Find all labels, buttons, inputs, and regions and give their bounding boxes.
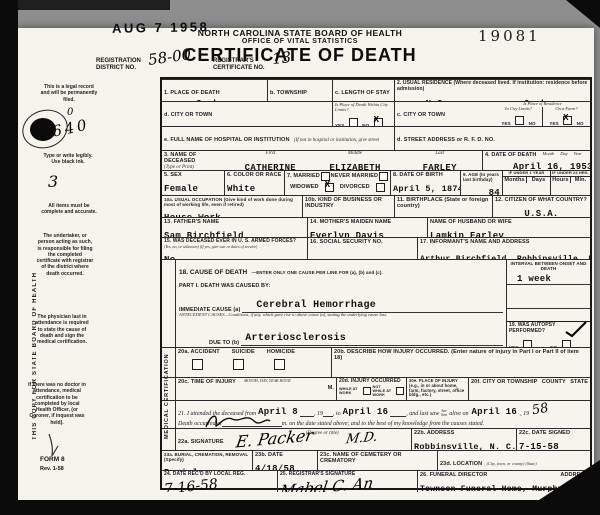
interval-label: INTERVAL BETWEEN ONSET AND DEATH — [507, 260, 590, 272]
last-name-col: Last FARLEY — [397, 151, 482, 170]
divorced-checkbox — [376, 183, 385, 192]
burial-location-label: 23d. LOCATION — [440, 461, 482, 467]
widowed-checkbox: X — [325, 183, 334, 192]
sex-value: Female — [164, 184, 198, 194]
date-of-birth-label: 8. DATE OF BIRTH — [393, 172, 458, 178]
death-city-limits-cell: Is Place of Death Within City Limits? YE… — [332, 102, 394, 126]
street-address-cell: d. STREET ADDRESS or R. F. D. NO. Route … — [394, 127, 590, 150]
on-a-farm: On a Farm? YES X NO — [543, 107, 590, 126]
immediate-cause-value: Cerebral Hemorrhage — [242, 300, 376, 311]
cemetery-cell: 23c. NAME OF CEMETERY OR CREMATORY Wiggi… — [317, 451, 437, 470]
race-cell: 6. COLOR OR RACE White — [224, 171, 284, 195]
film-edge-top-left — [0, 0, 170, 10]
days-label: Days — [527, 177, 550, 183]
age-value: 84 — [489, 188, 500, 195]
business-value: Home — [337, 216, 360, 217]
film-edge-left — [0, 0, 18, 515]
widowed-label: WIDOWED — [290, 184, 319, 190]
accident-suicide-homicide-cell: 20a. ACCIDENT SUICIDE HOMICIDE — [176, 348, 331, 377]
sex-cell: 5. SEX Female — [162, 171, 224, 195]
autopsy-box: 19. WAS AUTOPSY PERFORMED? YES NO — [507, 321, 590, 347]
place-of-death-label: 1. PLACE OF DEATH — [164, 90, 220, 96]
accident-checkbox — [192, 359, 203, 370]
scanned-death-certificate: AUG 7 1958 NORTH CAROLINA STATE BOARD OF… — [0, 0, 600, 515]
birthplace-value: Tenn. — [397, 216, 426, 217]
no-doctor-note: If there was no doctor in attendance, me… — [28, 382, 86, 426]
registrar-certificate-value: 13 — [271, 48, 292, 68]
residence-county: b. COUNTY Graham — [487, 93, 590, 102]
suicide-label: SUICIDE — [232, 349, 255, 355]
institution-cell: e. FULL NAME OF HOSPITAL OR INSTITUTION … — [162, 127, 394, 150]
autopsy-no-label: NO — [550, 345, 557, 348]
degree-or-title-label: (Degree or title) — [306, 431, 339, 437]
birthplace-cell: 11. BIRTHPLACE (State or foreign country… — [394, 196, 492, 217]
injury-county-label: COUNTY — [542, 379, 566, 385]
first-name-col: First CATHERINE — [228, 151, 313, 170]
interval-column: INTERVAL BETWEEN ONSET AND DEATH 1 week … — [506, 260, 590, 347]
signer-address-label: 22b. ADDRESS — [414, 430, 514, 436]
physician-note: The physician last in attendance is requ… — [34, 314, 90, 345]
date-of-birth-cell: 8. DATE OF BIRTH April 5, 1874 — [390, 171, 460, 195]
him-label: him — [441, 413, 447, 417]
under-1-year-label: IF UNDER 1 YEAR — [503, 171, 550, 176]
certificate-form: MEDICAL CERTIFICATION 1. PLACE OF DEATH … — [160, 77, 592, 490]
in-city-limits-label: In City Limits? — [495, 107, 542, 112]
injury-occurred-cell: 20d. INJURY OCCURRED WHILE AT WORK NOT W… — [336, 378, 406, 400]
certificate-number: 19081 — [478, 27, 541, 45]
father-cell: 13. FATHER'S NAME Sam Birchfield — [162, 218, 307, 237]
business-cell: 10b. KIND OF BUSINESS OR INDUSTRY Home — [302, 196, 394, 217]
write-legibly-note: Type or write legibly. Use black ink. — [42, 153, 94, 166]
place-of-injury-label: 20e. PLACE OF INJURY (e.g., in or about … — [409, 379, 466, 398]
certificate-title: CERTIFICATE OF DEATH — [150, 45, 450, 66]
x-mark: X — [325, 180, 330, 190]
interval-rule-a — [507, 284, 590, 285]
never-married-label: NEVER MARRIED — [331, 173, 378, 179]
farm-yes-checkbox: X — [563, 116, 572, 125]
residence-city-label: c. CITY OR TOWN — [397, 112, 445, 118]
signer-address-value: Robbinsville, N. C. — [414, 442, 516, 450]
attended-to-value: April 16 — [343, 407, 389, 417]
date-received-value: 7-16-58 — [163, 476, 218, 492]
accident-label: 20a. ACCIDENT — [178, 349, 220, 355]
if-under-1-year-cell: IF UNDER 1 YEAR Months Days — [502, 171, 550, 195]
age-cell: 9. AGE (In years last birthday) 84 — [460, 171, 502, 195]
street-address-label: d. STREET ADDRESS or R. F. D. NO. — [397, 137, 495, 143]
registrar-signature-cell: 25. REGISTRAR'S SIGNATURE Mabel C. An — [277, 471, 417, 492]
homicide-label: HOMICIDE — [267, 349, 295, 355]
film-corner-top-right — [566, 0, 600, 28]
residence-state-value: N.C. — [426, 99, 449, 102]
farm-yes-label: YES — [549, 121, 558, 126]
time-of-injury-label: 20c. TIME OF INJURY — [178, 379, 236, 385]
informant-cell: 17. INFORMANT'S NAME AND ADDRESS Arthur … — [417, 238, 590, 259]
time-of-injury-note: MONTH, DAY, YEAR HOUR — [244, 379, 291, 385]
attended-statement-cell: 21. I attended the deceased from April 8… — [176, 401, 590, 428]
signature-cell: 22a. SIGNATURE E. Packer (Degree or titl… — [176, 429, 411, 450]
father-label: 13. FATHER'S NAME — [164, 219, 305, 225]
cause-of-death-cell: 18. CAUSE OF DEATH —ENTER ONLY ONE CAUSE… — [176, 260, 506, 347]
occupation-value: House Work — [164, 213, 221, 217]
meridiem-label: M. — [178, 385, 334, 391]
name-label-group: 3. NAME OF DECEASED (Type or Print) — [162, 151, 228, 170]
county-value: Graham — [196, 99, 230, 101]
describe-injury-label: 20b. DESCRIBE HOW INJURY OCCURRED. (Ente… — [334, 349, 588, 362]
autopsy-pen-checkmark — [562, 320, 588, 338]
first-label: First — [228, 151, 313, 157]
injury-occurred-label: 20d. INJURY OCCURRED — [339, 379, 404, 385]
cause-of-death-label: 18. CAUSE OF DEATH — [179, 269, 247, 276]
married-label: 7. MARRIED — [287, 173, 320, 179]
margin-pen-tick — [46, 432, 66, 458]
attended-text-4: , and last saw — [406, 411, 439, 417]
citizen-cell: 12. CITIZEN OF WHAT COUNTRY? U.S.A. — [492, 196, 590, 217]
autopsy-no-checkbox — [562, 340, 571, 347]
hours-label: Hours — [551, 177, 571, 183]
middle-name-col: Middle ELIZABETH — [313, 151, 398, 170]
ssn-label: 16. SOCIAL SECURITY NO. — [310, 239, 415, 245]
burial-date-value: 4/18/58 — [255, 464, 295, 470]
last-name-value: FARLEY — [423, 163, 457, 171]
burial-location-cell: 23d. LOCATION (City, town, or county) (S… — [437, 451, 590, 470]
part1-label: PART I. DEATH WAS CAUSED BY: — [179, 283, 503, 289]
form-revision: Rev. 1-58 — [40, 466, 64, 472]
name-of-deceased-cell: 3. NAME OF DECEASED (Type or Print) Firs… — [162, 151, 482, 170]
birthplace-label: 11. BIRTHPLACE (State or foreign country… — [397, 197, 490, 210]
length-of-stay-cell: c. LENGTH OF STAY (in 1a) — [332, 80, 394, 101]
date-signed-label: 22c. DATE SIGNED — [519, 430, 588, 436]
race-value: White — [227, 184, 256, 194]
film-edge-bottom — [0, 500, 600, 515]
farm-no-label: NO — [577, 121, 584, 126]
injury-city-label: 20f. CITY OR TOWNSHIP — [471, 379, 537, 385]
burial-date-cell: 23b. DATE 4/18/58 — [252, 451, 317, 470]
attended-text-5: alive on — [449, 411, 468, 417]
org-office: OFFICE OF VITAL STATISTICS — [180, 38, 420, 45]
org-name: NORTH CAROLINA STATE BOARD OF HEALTH — [180, 28, 420, 38]
homicide-checkbox — [274, 359, 285, 370]
city-of-death-cell: d. CITY OR TOWN Robbinsville — [162, 102, 332, 126]
autopsy-yes-checkbox — [523, 340, 532, 347]
informant-value: Arthur Birchfield, Robbinsville, N.C. — [420, 255, 590, 259]
usual-residence-label: 2. USUAL RESIDENCE (Where deceased lived… — [395, 80, 590, 93]
business-label: 10b. KIND OF BUSINESS OR INDUSTRY — [305, 197, 392, 210]
months-label: Months — [503, 177, 527, 183]
armed-forces-note: (Yes, no, or unknown) (If yes, give war … — [164, 245, 305, 249]
date-of-birth-value: April 5, 1874 — [393, 184, 460, 194]
while-at-work-checkbox — [363, 387, 371, 395]
spouse-value: Lamkin Farley — [430, 231, 504, 237]
complete-accurate-note: All items must be complete and accurate. — [40, 203, 98, 216]
residence-county-value: Graham — [524, 99, 558, 102]
date-signed-cell: 22c. DATE SIGNED 7-15-58 — [516, 429, 590, 450]
sex-label: 5. SEX — [164, 172, 222, 178]
min-label: Min. — [571, 177, 590, 183]
city-of-death-label: d. CITY OR TOWN — [164, 112, 212, 118]
mother-label: 14. MOTHER'S MAIDEN NAME — [310, 219, 425, 225]
under-24-hrs-label: IF UNDER 24 HRS. — [551, 171, 590, 176]
date-signed-value: 7-15-58 — [519, 442, 559, 450]
spouse-label: NAME OF HUSBAND OR WIFE — [430, 219, 588, 225]
residence-state: a. STATE N.C. — [395, 93, 487, 102]
citizen-value: U.S.A. — [524, 209, 558, 217]
injury-state-label: STATE — [570, 379, 588, 385]
date-of-death-cell: 4. DATE OF DEATH Month Day Year April 16… — [482, 151, 590, 170]
age-label: 9. AGE (In years last birthday) — [463, 172, 500, 182]
handwritten-three: 3 — [48, 172, 58, 191]
on-a-farm-label: On a Farm? — [543, 107, 590, 112]
if-under-24-hrs-cell: IF UNDER 24 HRS. Hours Min. — [550, 171, 590, 195]
institution-label: e. FULL NAME OF HOSPITAL OR INSTITUTION — [164, 137, 290, 143]
mother-value: Everlyn Davis — [310, 231, 384, 237]
not-while-at-work-label: NOT WHILE AT WORK — [373, 385, 395, 398]
signer-address-cell: 22b. ADDRESS Robbinsville, N. C. — [411, 429, 516, 450]
antecedent-note: ANTECEDENT CAUSES—Conditions, if any, wh… — [179, 313, 503, 318]
date-received-label: 24. DATE REC'D BY LOCAL REG. — [164, 472, 275, 478]
marital-status-cell: 7. MARRIED NEVER MARRIED WIDOWED X DIVOR… — [284, 171, 390, 195]
time-of-injury-cell: 20c. TIME OF INJURY MONTH, DAY, YEAR HOU… — [176, 378, 336, 400]
death-occurred-text-2: m. on the date stated above; and to the … — [282, 421, 484, 427]
armed-forces-value: No — [164, 255, 175, 259]
immediate-interval-value: 1 week — [517, 274, 551, 284]
spouse-cell: NAME OF HUSBAND OR WIFE Lamkin Farley — [427, 218, 590, 237]
autopsy-yes-label: YES — [509, 345, 518, 348]
type-or-print-note: (Type or Print) — [164, 165, 226, 170]
occupation-cell: 10a. USUAL OCCUPATION (Give kind of work… — [162, 196, 302, 217]
due-to-b-label: DUE TO (b) — [209, 340, 239, 346]
last-label: Last — [397, 151, 482, 157]
signature-label: 22a. SIGNATURE — [178, 439, 224, 445]
burial-type-value: Burial — [164, 468, 198, 470]
burial-date-label: 23b. DATE — [255, 452, 315, 458]
middle-label: Middle — [313, 151, 398, 157]
armed-forces-cell: 15. WAS DECEASED EVER IN U. S. ARMED FOR… — [162, 238, 307, 259]
limits-yes-checkbox — [349, 118, 358, 126]
in-city-no-label: NO — [529, 121, 536, 126]
cemetery-label: 23c. NAME OF CEMETERY OR CREMATORY — [320, 452, 435, 465]
date-of-death-value: April 16, 1953 — [513, 162, 590, 170]
attended-text-2: , 19 — [314, 411, 323, 417]
legal-record-note: This is a legal record and will be perma… — [40, 84, 98, 103]
in-city-yes-label: YES — [501, 121, 510, 126]
injury-city-county-state-cell: 20f. CITY OR TOWNSHIP COUNTY STATE — [468, 378, 590, 400]
physician-signature: E. Packer — [235, 429, 315, 450]
limits-yes-label: YES — [335, 123, 344, 126]
last-alive-value: April 16 — [471, 407, 517, 417]
describe-injury-cell: 20b. DESCRIBE HOW INJURY OCCURRED. (Ente… — [331, 348, 590, 377]
township-label: b. TOWNSHIP — [270, 90, 307, 96]
attended-text-6: , 19 — [520, 411, 529, 417]
residence-city-cell: c. CITY OR TOWN Robbinsville Is Place of… — [394, 102, 590, 126]
usual-residence-cell: 2. USUAL RESIDENCE (Where deceased lived… — [394, 80, 590, 101]
registrar-certificate-label: REGISTRAR'S CERTIFICATE NO. — [213, 58, 279, 72]
place-of-injury-cell: 20e. PLACE OF INJURY (e.g., in or about … — [406, 378, 468, 400]
date-received-cell: 24. DATE REC'D BY LOCAL REG. 7-16-58 — [162, 471, 277, 492]
burial-location-note: (City, town, or county) (State) — [487, 461, 537, 466]
name-of-deceased-label: 3. NAME OF DECEASED — [164, 152, 226, 165]
middle-name-value: ELIZABETH — [329, 163, 380, 171]
undertaker-note: The undertaker, or person acting as such… — [36, 233, 94, 277]
x-mark: X — [374, 115, 379, 125]
length-of-stay-label: c. LENGTH OF STAY (in 1a) — [335, 90, 390, 101]
handwritten-scrawl — [202, 411, 272, 428]
medical-certification-vertical-label: MEDICAL CERTIFICATION — [164, 269, 170, 439]
x-mark: X — [563, 113, 568, 123]
mother-cell: 14. MOTHER'S MAIDEN NAME Everlyn Davis — [307, 218, 427, 237]
first-name-value: CATHERINE — [245, 163, 296, 171]
occupation-label: 10a. USUAL OCCUPATION (Give kind of work… — [164, 197, 300, 207]
ssn-cell: 16. SOCIAL SECURITY NO. — [307, 238, 417, 259]
father-value: Sam Birchfield — [164, 231, 244, 237]
township-cell: b. TOWNSHIP Cheoah — [267, 80, 332, 101]
in-city-limits: In City Limits? YES NO X — [495, 107, 543, 126]
limits-no-checkbox: X — [374, 118, 383, 126]
place-of-death-county-cell: 1. PLACE OF DEATH a. COUNTY Graham — [162, 80, 267, 101]
suicide-checkbox — [233, 359, 244, 370]
attended-year-handwritten: 58 — [531, 401, 550, 418]
burial-type-label: 23a. BURIAL, CREMATION, REMOVAL (Specify… — [164, 452, 250, 462]
in-city-yes-checkbox — [515, 116, 524, 125]
attended-text-3: , to — [333, 411, 341, 417]
death-city-limits-label: Is Place of Death Within City Limits? — [335, 103, 392, 113]
degree-value: M.D. — [345, 429, 379, 447]
interval-rule-b — [507, 308, 590, 309]
limits-no-label: NO — [362, 123, 369, 126]
not-while-at-work-checkbox — [396, 387, 404, 395]
informant-label: 17. INFORMANT'S NAME AND ADDRESS — [420, 239, 588, 245]
burial-type-cell: 23a. BURIAL, CREMATION, REMOVAL (Specify… — [162, 451, 252, 470]
divorced-label: DIVORCED — [340, 184, 370, 190]
residence-city: c. CITY OR TOWN Robbinsville — [395, 102, 495, 126]
due-to-b-value: Arteriosclerosis — [241, 333, 346, 344]
never-married-checkbox — [379, 172, 388, 181]
race-label: 6. COLOR OR RACE — [227, 172, 282, 178]
while-at-work-label: WHILE AT WORK — [339, 387, 361, 396]
form-number: FORM 8 — [40, 456, 65, 463]
cause-of-death-note: —ENTER ONLY ONE CAUSE PER LINE FOR (a), … — [252, 270, 383, 275]
residence-limits-group: Is Place of Residence In City Limits? YE… — [495, 102, 590, 126]
handwritten-zero: 0 — [67, 107, 73, 118]
